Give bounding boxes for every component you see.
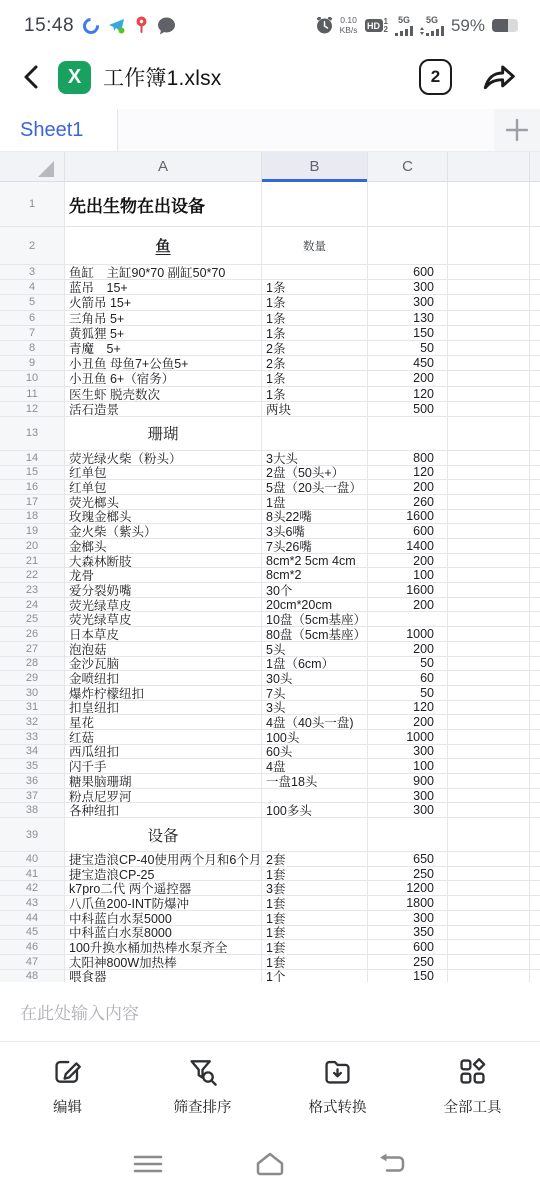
cell-a[interactable]: 星花 bbox=[65, 715, 262, 730]
cell-c[interactable]: 200 bbox=[368, 642, 448, 657]
cell-d[interactable] bbox=[448, 642, 530, 657]
cell-d[interactable] bbox=[448, 510, 530, 525]
cell-d[interactable] bbox=[448, 627, 530, 642]
cell-d[interactable] bbox=[448, 387, 530, 402]
cell-b[interactable]: 1条 bbox=[262, 371, 368, 386]
cell-c[interactable]: 200 bbox=[368, 715, 448, 730]
cell-d[interactable] bbox=[448, 759, 530, 774]
spreadsheet-grid: 1先出生物在出设备2鱼数量3鱼缸 主缸90*70 副缸50*706004蓝吊 1… bbox=[0, 182, 540, 982]
cell-c[interactable]: 1600 bbox=[368, 583, 448, 598]
cell-c[interactable]: 250 bbox=[368, 955, 448, 970]
cell-b[interactable]: 1套 bbox=[262, 955, 368, 970]
table-row: 9小丑鱼 母鱼7+公鱼5+2条450 bbox=[0, 356, 540, 371]
row-number-cell[interactable]: 48 bbox=[0, 970, 65, 982]
cell-c[interactable]: 800 bbox=[368, 451, 448, 466]
cell-d[interactable] bbox=[448, 295, 530, 310]
cell-b[interactable]: 数量 bbox=[262, 227, 368, 265]
row-number-cell[interactable]: 3 bbox=[0, 265, 65, 280]
cell-c[interactable]: 500 bbox=[368, 402, 448, 417]
cell-c[interactable]: 150 bbox=[368, 326, 448, 341]
select-all-corner[interactable] bbox=[0, 152, 65, 182]
cell-d[interactable] bbox=[448, 896, 530, 911]
cell-edge bbox=[530, 402, 540, 417]
cell-b[interactable]: 100头 bbox=[262, 730, 368, 745]
row-number-cell[interactable]: 24 bbox=[0, 598, 65, 613]
row-number-cell[interactable]: 28 bbox=[0, 657, 65, 672]
cell-a[interactable]: 糖果脑珊瑚 bbox=[65, 774, 262, 789]
cell-d[interactable] bbox=[448, 612, 530, 627]
cell-a[interactable]: 泡泡菇 bbox=[65, 642, 262, 657]
row-number-cell[interactable]: 27 bbox=[0, 642, 65, 657]
cell-input-bar[interactable]: 在此处输入内容 bbox=[0, 982, 540, 1042]
cell-a[interactable]: 活石造景 bbox=[65, 402, 262, 417]
cell-a[interactable]: 金沙瓦脑 bbox=[65, 657, 262, 672]
cell-edge bbox=[530, 686, 540, 701]
cell-edge bbox=[530, 356, 540, 371]
cell-a[interactable]: 红菇 bbox=[65, 730, 262, 745]
row-number-cell[interactable]: 17 bbox=[0, 495, 65, 510]
cell-edge bbox=[530, 671, 540, 686]
row-number-cell[interactable]: 7 bbox=[0, 326, 65, 341]
table-row: 33红菇100头1000 bbox=[0, 730, 540, 745]
cell-a[interactable]: 鱼 bbox=[65, 227, 262, 265]
add-sheet-button[interactable] bbox=[494, 109, 540, 151]
cell-b[interactable]: 60头 bbox=[262, 745, 368, 760]
cell-b[interactable]: 8头22嘴 bbox=[262, 510, 368, 525]
cell-a[interactable]: 鱼缸 主缸90*70 副缸50*70 bbox=[65, 265, 262, 280]
cell-c[interactable]: 1200 bbox=[368, 881, 448, 896]
cell-edge bbox=[530, 803, 540, 818]
table-row: 47太阳神800W加热棒1套250 bbox=[0, 955, 540, 970]
cell-a[interactable]: 设备 bbox=[65, 818, 262, 852]
cell-b[interactable]: 4盘（40头一盘) bbox=[262, 715, 368, 730]
row-number-cell[interactable]: 15 bbox=[0, 466, 65, 481]
cell-a[interactable]: 蓝吊 15+ bbox=[65, 280, 262, 295]
cell-b[interactable]: 3大头 bbox=[262, 451, 368, 466]
row-number-cell[interactable]: 35 bbox=[0, 759, 65, 774]
cell-c[interactable] bbox=[368, 182, 448, 227]
recents-icon bbox=[128, 1149, 168, 1179]
nav-back-icon bbox=[372, 1148, 412, 1180]
cell-a[interactable]: 中科蓝白水泵5000 bbox=[65, 911, 262, 926]
cell-b[interactable]: 1套 bbox=[262, 896, 368, 911]
column-header-c[interactable]: C bbox=[368, 152, 448, 182]
cell-c[interactable]: 350 bbox=[368, 926, 448, 941]
cell-d[interactable] bbox=[448, 881, 530, 896]
row-number-cell[interactable]: 16 bbox=[0, 480, 65, 495]
cell-b[interactable]: 100多头 bbox=[262, 803, 368, 818]
row-number-cell[interactable]: 22 bbox=[0, 568, 65, 583]
cell-b[interactable]: 1条 bbox=[262, 280, 368, 295]
cell-d[interactable] bbox=[448, 371, 530, 386]
row-number-cell[interactable]: 38 bbox=[0, 803, 65, 818]
cell-b[interactable]: 30头 bbox=[262, 671, 368, 686]
cell-b[interactable]: 1条 bbox=[262, 295, 368, 310]
cell-c[interactable] bbox=[368, 227, 448, 265]
cell-edge bbox=[530, 451, 540, 466]
cell-d[interactable] bbox=[448, 671, 530, 686]
table-row: 1先出生物在出设备 bbox=[0, 182, 540, 227]
cell-a[interactable]: 红单包 bbox=[65, 480, 262, 495]
cell-d[interactable] bbox=[448, 818, 530, 852]
cell-d[interactable] bbox=[448, 686, 530, 701]
cell-c[interactable]: 900 bbox=[368, 774, 448, 789]
cell-d[interactable] bbox=[448, 480, 530, 495]
cell-b[interactable]: 1套 bbox=[262, 940, 368, 955]
cell-a[interactable]: 荧光绿草皮 bbox=[65, 598, 262, 613]
cell-b[interactable] bbox=[262, 417, 368, 451]
cell-d[interactable] bbox=[448, 466, 530, 481]
clock-time: 15:48 bbox=[24, 15, 74, 37]
cell-a[interactable]: 金喷纽扣 bbox=[65, 671, 262, 686]
row-number-cell[interactable]: 9 bbox=[0, 356, 65, 371]
cell-b[interactable] bbox=[262, 182, 368, 227]
row-number-cell[interactable]: 18 bbox=[0, 510, 65, 525]
cell-b[interactable]: 8cm*2 bbox=[262, 568, 368, 583]
filter-sort-icon bbox=[185, 1054, 220, 1089]
cell-c[interactable]: 1000 bbox=[368, 730, 448, 745]
cell-c[interactable]: 200 bbox=[368, 598, 448, 613]
cell-b[interactable]: 3套 bbox=[262, 881, 368, 896]
cell-c[interactable]: 120 bbox=[368, 701, 448, 716]
cell-d[interactable] bbox=[448, 539, 530, 554]
cell-b[interactable]: 7头 bbox=[262, 686, 368, 701]
filter-sort-button[interactable]: 筛查排序 bbox=[135, 1054, 270, 1117]
table-row: 29金喷纽扣30头60 bbox=[0, 671, 540, 686]
cell-a[interactable]: 珊瑚 bbox=[65, 417, 262, 451]
cell-b[interactable]: 20cm*20cm bbox=[262, 598, 368, 613]
cell-a[interactable]: 金榔头 bbox=[65, 539, 262, 554]
column-header-d[interactable] bbox=[448, 152, 530, 182]
cell-b[interactable]: 2盘（50头+） bbox=[262, 466, 368, 481]
cell-a[interactable]: 喂食器 bbox=[65, 970, 262, 982]
cell-c[interactable]: 300 bbox=[368, 745, 448, 760]
cell-a[interactable]: 闪千手 bbox=[65, 759, 262, 774]
cell-c[interactable]: 200 bbox=[368, 371, 448, 386]
cell-edge bbox=[530, 867, 540, 882]
cell-d[interactable] bbox=[448, 955, 530, 970]
cell-c[interactable]: 300 bbox=[368, 803, 448, 818]
cell-edge bbox=[530, 881, 540, 896]
cell-c[interactable]: 60 bbox=[368, 671, 448, 686]
table-row: 18玫瑰金榔头8头22嘴1600 bbox=[0, 510, 540, 525]
cell-c[interactable]: 250 bbox=[368, 867, 448, 882]
row-number-cell[interactable]: 33 bbox=[0, 730, 65, 745]
cell-b[interactable]: 3头 bbox=[262, 701, 368, 716]
cell-a[interactable]: 捷宝造浪CP-25 bbox=[65, 867, 262, 882]
table-row: 7黄狐狸 5+1条150 bbox=[0, 326, 540, 341]
cell-c[interactable]: 450 bbox=[368, 356, 448, 371]
cell-b[interactable]: 2条 bbox=[262, 356, 368, 371]
cell-b[interactable]: 5头 bbox=[262, 642, 368, 657]
cell-d[interactable] bbox=[448, 745, 530, 760]
cell-c[interactable]: 1800 bbox=[368, 896, 448, 911]
cell-d[interactable] bbox=[448, 280, 530, 295]
format-convert-icon bbox=[320, 1054, 355, 1089]
recents-button[interactable] bbox=[125, 1144, 171, 1184]
cell-d[interactable] bbox=[448, 598, 530, 613]
row-number-cell[interactable]: 11 bbox=[0, 387, 65, 402]
cell-c[interactable]: 650 bbox=[368, 852, 448, 867]
cell-a[interactable]: 小丑鱼 6+（宿务） bbox=[65, 371, 262, 386]
row-number-cell[interactable]: 45 bbox=[0, 926, 65, 941]
cell-a[interactable]: 捷宝造浪CP-40使用两个月和6个月 bbox=[65, 852, 262, 867]
cell-b[interactable]: 1条 bbox=[262, 311, 368, 326]
cell-a[interactable]: 各种纽扣 bbox=[65, 803, 262, 818]
cell-b[interactable]: 10盘（5cm基座） bbox=[262, 612, 368, 627]
table-row: 17荧光榔头1盘260 bbox=[0, 495, 540, 510]
cell-a[interactable]: 太阳神800W加热棒 bbox=[65, 955, 262, 970]
row-number-cell[interactable]: 14 bbox=[0, 451, 65, 466]
row-number-cell[interactable]: 31 bbox=[0, 701, 65, 716]
cell-a[interactable]: k7pro二代 两个遥控器 bbox=[65, 881, 262, 896]
cell-edge bbox=[530, 730, 540, 745]
back-button[interactable] bbox=[14, 59, 50, 95]
home-button[interactable] bbox=[247, 1144, 293, 1184]
cell-a[interactable]: 日本草皮 bbox=[65, 627, 262, 642]
row-number-cell[interactable]: 39 bbox=[0, 818, 65, 852]
cell-edge bbox=[530, 745, 540, 760]
cell-d[interactable] bbox=[448, 451, 530, 466]
cell-d[interactable] bbox=[448, 774, 530, 789]
cell-b[interactable]: 1套 bbox=[262, 926, 368, 941]
cell-c[interactable]: 300 bbox=[368, 911, 448, 926]
row-number-cell[interactable]: 21 bbox=[0, 554, 65, 569]
cell-c[interactable]: 100 bbox=[368, 568, 448, 583]
cell-d[interactable] bbox=[448, 803, 530, 818]
cell-a[interactable]: 荧光绿草皮 bbox=[65, 612, 262, 627]
cell-d[interactable] bbox=[448, 701, 530, 716]
cell-a[interactable]: 龙骨 bbox=[65, 568, 262, 583]
cell-c[interactable]: 600 bbox=[368, 940, 448, 955]
row-number-cell[interactable]: 36 bbox=[0, 774, 65, 789]
cell-c[interactable]: 300 bbox=[368, 295, 448, 310]
cell-c[interactable] bbox=[368, 612, 448, 627]
cell-d[interactable] bbox=[448, 926, 530, 941]
cell-d[interactable] bbox=[448, 715, 530, 730]
row-number-cell[interactable]: 43 bbox=[0, 896, 65, 911]
cell-c[interactable]: 100 bbox=[368, 759, 448, 774]
cell-b[interactable]: 1套 bbox=[262, 911, 368, 926]
row-number-cell[interactable]: 12 bbox=[0, 402, 65, 417]
row-number-cell[interactable]: 5 bbox=[0, 295, 65, 310]
chat-bubble-icon bbox=[157, 17, 176, 35]
table-row: 23爱分裂奶嘴30个1600 bbox=[0, 583, 540, 598]
cell-a[interactable]: 扣皇纽扣 bbox=[65, 701, 262, 716]
cell-b[interactable]: 30个 bbox=[262, 583, 368, 598]
window-count-button[interactable]: 2 bbox=[419, 59, 452, 95]
cell-edge bbox=[530, 627, 540, 642]
cell-b[interactable] bbox=[262, 265, 368, 280]
row-number-cell[interactable]: 10 bbox=[0, 371, 65, 386]
cell-a[interactable]: 粉点尼罗河 bbox=[65, 789, 262, 804]
cell-edge bbox=[530, 417, 540, 451]
share-icon[interactable] bbox=[478, 59, 518, 95]
tab-sheet1[interactable]: Sheet1 bbox=[0, 109, 118, 151]
cell-c[interactable]: 120 bbox=[368, 387, 448, 402]
cell-b[interactable]: 5盘（20头一盘） bbox=[262, 480, 368, 495]
row-number-cell[interactable]: 37 bbox=[0, 789, 65, 804]
cell-b[interactable]: 1盘 bbox=[262, 495, 368, 510]
table-row: 41捷宝造浪CP-251套250 bbox=[0, 867, 540, 882]
cell-c[interactable]: 300 bbox=[368, 789, 448, 804]
cell-c[interactable]: 1600 bbox=[368, 510, 448, 525]
row-number-cell[interactable]: 1 bbox=[0, 182, 65, 227]
cell-d[interactable] bbox=[448, 911, 530, 926]
cell-b[interactable]: 4盘 bbox=[262, 759, 368, 774]
cell-b[interactable]: 1盘（6cm） bbox=[262, 657, 368, 672]
cell-c[interactable]: 150 bbox=[368, 970, 448, 982]
format-convert-button[interactable]: 格式转换 bbox=[270, 1054, 405, 1117]
table-row: 10小丑鱼 6+（宿务）1条200 bbox=[0, 371, 540, 386]
cell-d[interactable] bbox=[448, 265, 530, 280]
loading-circle-icon bbox=[80, 14, 103, 37]
row-number-cell[interactable]: 30 bbox=[0, 686, 65, 701]
cell-a[interactable]: 爱分裂奶嘴 bbox=[65, 583, 262, 598]
cell-d[interactable] bbox=[448, 970, 530, 982]
cell-a[interactable]: 红单包 bbox=[65, 466, 262, 481]
cell-a[interactable]: 爆炸柠檬纽扣 bbox=[65, 686, 262, 701]
cell-d[interactable] bbox=[448, 940, 530, 955]
cell-edge bbox=[530, 495, 540, 510]
cell-a[interactable]: 火箭吊 15+ bbox=[65, 295, 262, 310]
cell-edge bbox=[530, 311, 540, 326]
cell-b[interactable]: 2套 bbox=[262, 852, 368, 867]
row-number-cell[interactable]: 44 bbox=[0, 911, 65, 926]
cell-c[interactable] bbox=[368, 417, 448, 451]
cell-d[interactable] bbox=[448, 341, 530, 356]
cell-c[interactable]: 130 bbox=[368, 311, 448, 326]
cell-edge bbox=[530, 554, 540, 569]
row-number-cell[interactable]: 46 bbox=[0, 940, 65, 955]
row-number-cell[interactable]: 26 bbox=[0, 627, 65, 642]
cell-a[interactable]: 三角吊 5+ bbox=[65, 311, 262, 326]
cell-d[interactable] bbox=[448, 524, 530, 539]
cell-b[interactable]: 1套 bbox=[262, 867, 368, 882]
cell-b[interactable]: 1条 bbox=[262, 387, 368, 402]
cell-a[interactable]: 西瓜纽扣 bbox=[65, 745, 262, 760]
row-number-cell[interactable]: 20 bbox=[0, 539, 65, 554]
cell-c[interactable]: 600 bbox=[368, 524, 448, 539]
cell-d[interactable] bbox=[448, 554, 530, 569]
column-header-a[interactable]: A bbox=[65, 152, 262, 182]
row-number-cell[interactable]: 41 bbox=[0, 867, 65, 882]
cell-b[interactable]: 1个 bbox=[262, 970, 368, 982]
cell-b[interactable]: 7头26嘴 bbox=[262, 539, 368, 554]
row-number-cell[interactable]: 8 bbox=[0, 341, 65, 356]
cell-c[interactable]: 50 bbox=[368, 341, 448, 356]
cell-a[interactable]: 八爪鱼200-INT防爆冲 bbox=[65, 896, 262, 911]
row-number-cell[interactable]: 47 bbox=[0, 955, 65, 970]
table-row: 46100升换水桶加热棒水泵齐全1套600 bbox=[0, 940, 540, 955]
cell-d[interactable] bbox=[448, 495, 530, 510]
cell-d[interactable] bbox=[448, 657, 530, 672]
row-number-cell[interactable]: 34 bbox=[0, 745, 65, 760]
cell-b[interactable]: 80盘（5cm基座） bbox=[262, 627, 368, 642]
cell-d[interactable] bbox=[448, 356, 530, 371]
cell-c[interactable]: 260 bbox=[368, 495, 448, 510]
cell-a[interactable]: 医生虾 脱壳数次 bbox=[65, 387, 262, 402]
column-headers: A B C bbox=[0, 152, 540, 182]
all-tools-button[interactable]: 全部工具 bbox=[405, 1054, 540, 1117]
row-number-cell[interactable]: 42 bbox=[0, 881, 65, 896]
cell-c[interactable]: 200 bbox=[368, 554, 448, 569]
cell-edge bbox=[530, 466, 540, 481]
cell-b[interactable]: 8cm*2 5cm 4cm bbox=[262, 554, 368, 569]
cell-d[interactable] bbox=[448, 789, 530, 804]
cell-d[interactable] bbox=[448, 583, 530, 598]
nav-back-button[interactable] bbox=[369, 1144, 415, 1184]
row-number-cell[interactable]: 6 bbox=[0, 311, 65, 326]
cell-c[interactable]: 50 bbox=[368, 686, 448, 701]
cell-a[interactable]: 荧光榔头 bbox=[65, 495, 262, 510]
edit-button[interactable]: 编辑 bbox=[0, 1054, 135, 1117]
cell-c[interactable]: 600 bbox=[368, 265, 448, 280]
cell-d[interactable] bbox=[448, 852, 530, 867]
cell-c[interactable]: 1400 bbox=[368, 539, 448, 554]
row-number-cell[interactable]: 13 bbox=[0, 417, 65, 451]
cell-c[interactable] bbox=[368, 818, 448, 852]
cell-d[interactable] bbox=[448, 311, 530, 326]
cell-b[interactable]: 一盘18头 bbox=[262, 774, 368, 789]
cell-a[interactable]: 黄狐狸 5+ bbox=[65, 326, 262, 341]
cell-d[interactable] bbox=[448, 182, 530, 227]
cell-d[interactable] bbox=[448, 867, 530, 882]
table-row: 31扣皇纽扣3头120 bbox=[0, 701, 540, 716]
cell-d[interactable] bbox=[448, 402, 530, 417]
cell-a[interactable]: 玫瑰金榔头 bbox=[65, 510, 262, 525]
row-number-cell[interactable]: 40 bbox=[0, 852, 65, 867]
cell-a[interactable]: 荧光绿火柴（粉头） bbox=[65, 451, 262, 466]
cell-a[interactable]: 中科蓝白水泵8000 bbox=[65, 926, 262, 941]
cell-d[interactable] bbox=[448, 417, 530, 451]
cell-b[interactable] bbox=[262, 789, 368, 804]
table-row: 48喂食器1个150 bbox=[0, 970, 540, 982]
cell-d[interactable] bbox=[448, 730, 530, 745]
cell-edge bbox=[530, 539, 540, 554]
cell-a[interactable]: 大森林断肢 bbox=[65, 554, 262, 569]
cell-a[interactable]: 青魔 5+ bbox=[65, 341, 262, 356]
cell-c[interactable]: 120 bbox=[368, 466, 448, 481]
row-number-cell[interactable]: 25 bbox=[0, 612, 65, 627]
row-number-cell[interactable]: 23 bbox=[0, 583, 65, 598]
row-number-cell[interactable]: 2 bbox=[0, 227, 65, 265]
cell-c[interactable]: 300 bbox=[368, 280, 448, 295]
cell-b[interactable]: 两块 bbox=[262, 402, 368, 417]
cell-b[interactable] bbox=[262, 818, 368, 852]
cell-edge bbox=[530, 612, 540, 627]
row-number-cell[interactable]: 32 bbox=[0, 715, 65, 730]
row-number-cell[interactable]: 4 bbox=[0, 280, 65, 295]
cell-a[interactable]: 小丑鱼 母鱼7+公鱼5+ bbox=[65, 356, 262, 371]
cell-d[interactable] bbox=[448, 568, 530, 583]
cell-b[interactable]: 3头6嘴 bbox=[262, 524, 368, 539]
cell-b[interactable]: 2条 bbox=[262, 341, 368, 356]
cell-d[interactable] bbox=[448, 227, 530, 265]
cell-d[interactable] bbox=[448, 326, 530, 341]
table-row: 26日本草皮80盘（5cm基座）1000 bbox=[0, 627, 540, 642]
column-header-b-selected[interactable]: B bbox=[262, 152, 368, 182]
cell-c[interactable]: 50 bbox=[368, 657, 448, 672]
cell-c[interactable]: 200 bbox=[368, 480, 448, 495]
row-number-cell[interactable]: 29 bbox=[0, 671, 65, 686]
row-number-cell[interactable]: 19 bbox=[0, 524, 65, 539]
cell-a[interactable]: 金火柴（紫头） bbox=[65, 524, 262, 539]
cell-c[interactable]: 1000 bbox=[368, 627, 448, 642]
cell-b[interactable]: 1条 bbox=[262, 326, 368, 341]
cell-a[interactable]: 100升换水桶加热棒水泵齐全 bbox=[65, 940, 262, 955]
cell-a[interactable]: 先出生物在出设备 bbox=[65, 182, 262, 227]
